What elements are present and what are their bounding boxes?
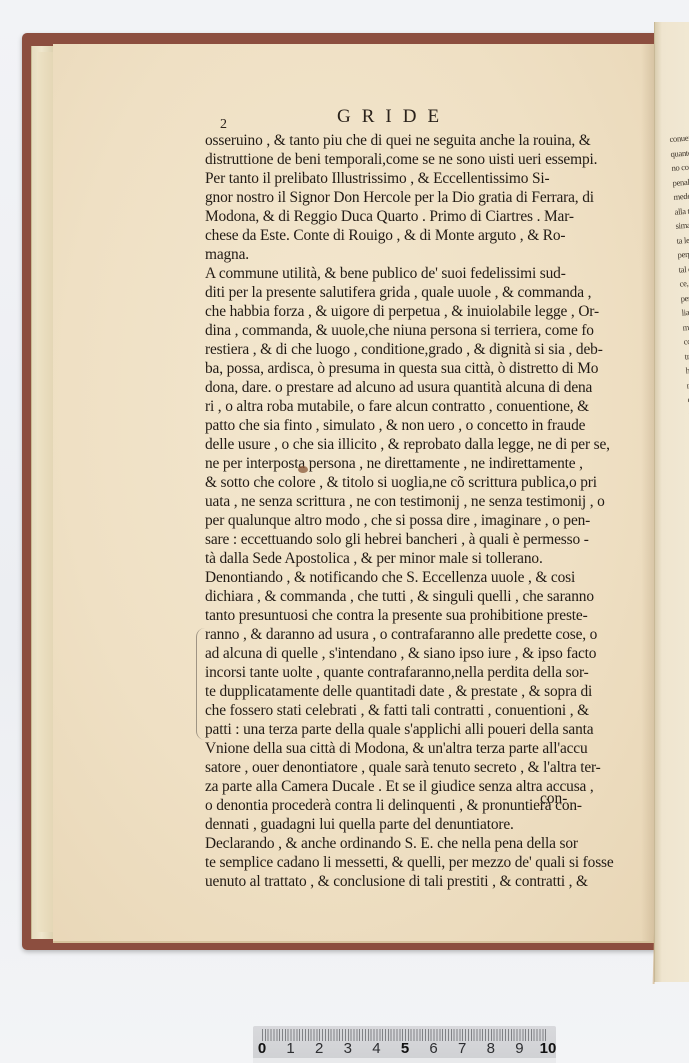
text-line: che fossero stati celebrati , & fatti ta…: [205, 701, 589, 721]
text-line: magna.: [205, 245, 249, 265]
text-line: incorsi tante uolte , quante contrafaran…: [205, 663, 589, 683]
text-line: dina , commanda, & uuole,che niuna perso…: [205, 321, 594, 341]
text-line: uenuto al trattato , & conclusione di ta…: [205, 872, 588, 892]
catchword: con-: [540, 790, 567, 808]
ruler-label: 1: [286, 1040, 294, 1057]
text-line: dona, dare. o prestare ad alcuno ad usur…: [205, 378, 592, 398]
text-line: ad alcuna di quelle , s'intendano , & si…: [205, 644, 596, 664]
text-line: o denontia procederà contra li delinquen…: [205, 796, 582, 816]
text-line: tà dalla Sede Apostolica , & per minor m…: [205, 549, 543, 569]
text-line: patto che sia finto , simulato , & non u…: [205, 416, 585, 436]
facing-page-line: conuentio: [669, 128, 689, 147]
text-line: ranno , & daranno ad usura , o contrafar…: [205, 625, 597, 645]
text-line: ri , o altra roba mutabile, o fare alcun…: [205, 397, 589, 417]
text-line: gnor nostro il Signor Don Hercole per la…: [205, 188, 594, 208]
text-line: per qualunque altro modo , che si possa …: [205, 511, 590, 531]
text-line: A commune utilità, & bene publico de' su…: [205, 264, 566, 284]
ruler-label: 10: [540, 1040, 557, 1057]
text-line: sare : eccettuando solo gli hebrei banch…: [205, 530, 589, 550]
text-line: tanto presuntuosi che contra la presente…: [205, 606, 588, 626]
text-line: za parte alla Camera Ducale . Et se il g…: [205, 777, 594, 797]
margin-bracket-mark: [196, 628, 205, 740]
text-line: & sotto che colore , & titolo si uoglia,…: [205, 473, 597, 493]
text-line: satore , ouer denontiatore , quale sarà …: [205, 758, 601, 778]
text-line: te semplice cadano li messetti, & quelli…: [205, 853, 614, 873]
text-line: Vnione della sua città di Modona, & un'a…: [205, 739, 588, 759]
text-line: uata , ne senza scrittura , ne con testi…: [205, 492, 605, 512]
ruler-label: 4: [372, 1040, 380, 1057]
text-line: dennati , guadagni lui quella parte del …: [205, 815, 514, 835]
text-line: ne per interposta persona , ne direttame…: [205, 454, 583, 474]
text-line: delle usure , o che sia illicito , & rep…: [205, 435, 610, 455]
facing-page-text: conuentioquanto trno continpenale citmed…: [669, 128, 689, 711]
ruler-label: 2: [315, 1040, 323, 1057]
text-line: Per tanto il prelibato Illustrissimo , &…: [205, 169, 550, 189]
text-line: osseruino , & tanto piu che di quei ne s…: [205, 131, 591, 151]
text-line: chese da Este. Conte di Rouigo , & di Mo…: [205, 226, 565, 246]
ink-stain: [298, 466, 308, 473]
ruler-label: 6: [429, 1040, 437, 1057]
ruler-label: 7: [458, 1040, 466, 1057]
text-line: dichiara , & commanda , che tutti , & si…: [205, 587, 594, 607]
text-line: patti : una terza parte della quale s'ap…: [205, 720, 593, 740]
text-line: diti per la presente salutifera grida , …: [205, 283, 591, 303]
ruler-label: 9: [515, 1040, 523, 1057]
text-line: te dupplicatamente delle quantitadi date…: [205, 682, 592, 702]
ruler-label: 8: [487, 1040, 495, 1057]
scale-ruler: 012345678910: [253, 1026, 556, 1063]
text-line: distruttione de beni temporali,come se n…: [205, 150, 597, 170]
text-line: Modona, & di Reggio Duca Quarto . Primo …: [205, 207, 574, 227]
ruler-strip: [253, 1058, 556, 1063]
text-line: che habbia forza , & uigore di perpetua …: [205, 302, 599, 322]
text-line: ba, possa, ardisca, ò presuma in questa …: [205, 359, 598, 379]
ruler-label: 5: [401, 1040, 409, 1057]
facing-page: conuentioquanto trno continpenale citmed…: [654, 22, 689, 982]
text-line: Denontiando , & notificando che S. Eccel…: [205, 568, 575, 588]
running-head: GRIDE: [337, 106, 450, 128]
text-line: restiera , & di che luogo , conditione,g…: [205, 340, 603, 360]
ruler-label: 3: [344, 1040, 352, 1057]
text-line: Declarando , & anche ordinando S. E. che…: [205, 834, 578, 854]
ruler-label: 0: [258, 1040, 266, 1057]
